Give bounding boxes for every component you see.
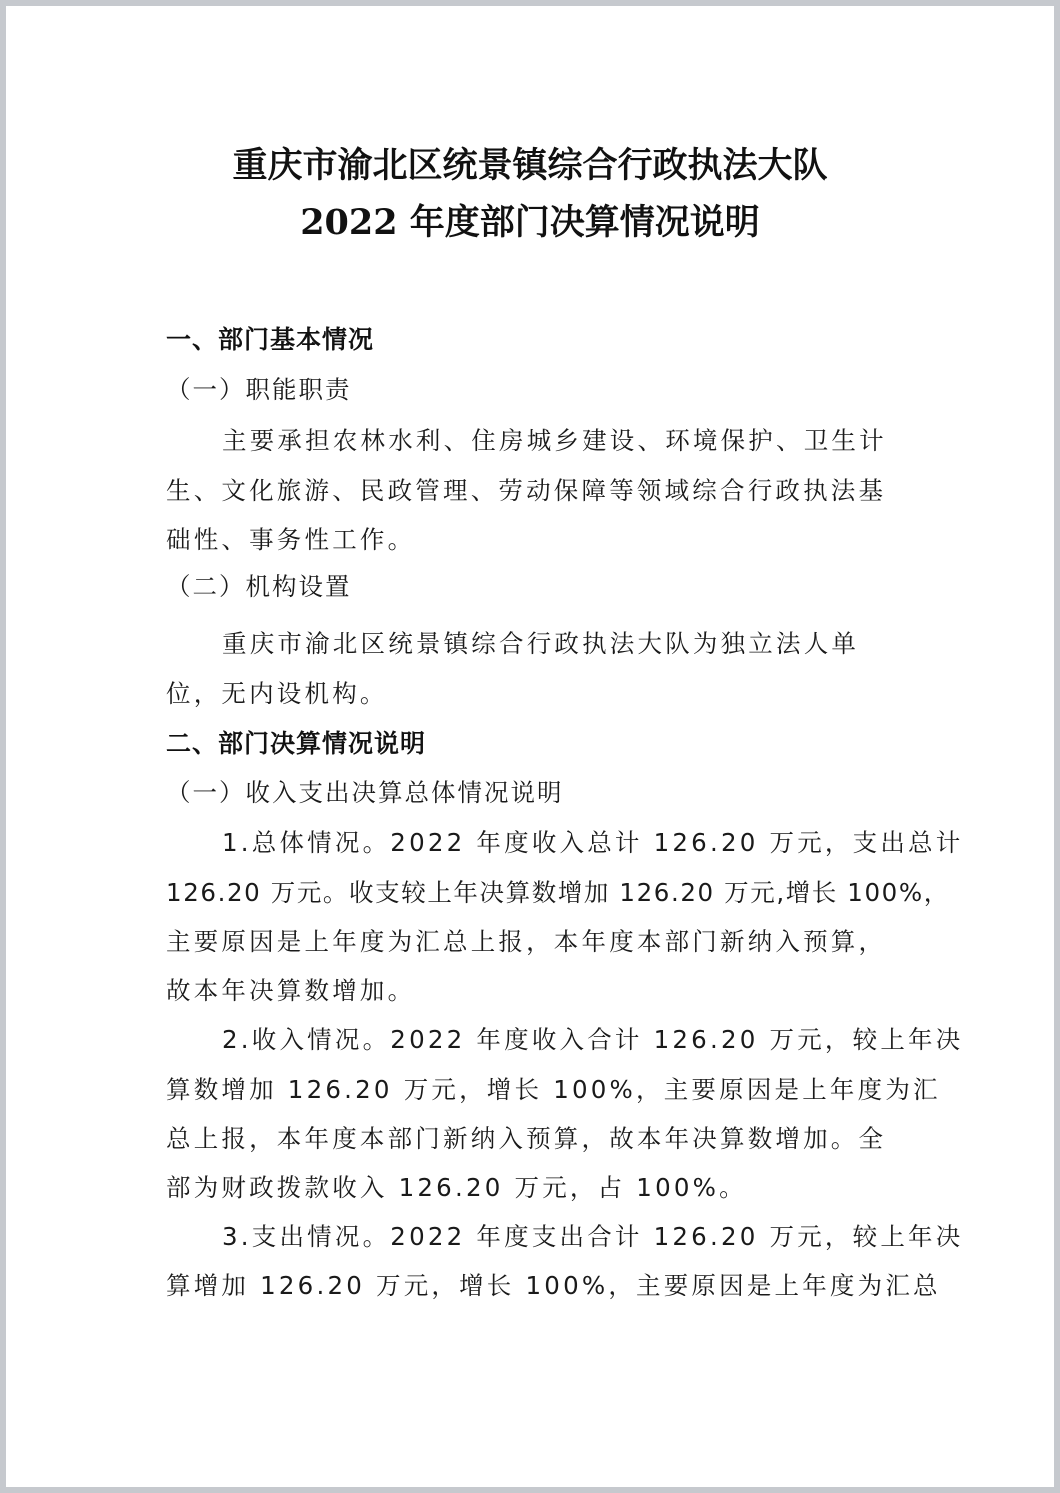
document-title-line-1: 重庆市渝北区统景镇综合行政执法大队 xyxy=(0,138,1060,188)
subsection-heading-1-1: （一）职能职责 xyxy=(166,371,896,406)
paragraph-line: 1.总体情况。2022 年度收入总计 126.20 万元，支出总计 xyxy=(222,824,952,859)
paragraph-line: 部为财政拨款收入 126.20 万元，占 100%。 xyxy=(166,1169,896,1204)
paragraph-line: 主要承担农林水利、住房城乡建设、环境保护、卫生计 xyxy=(222,422,952,457)
document-title-line-2: 2022 年度部门决算情况说明 xyxy=(0,195,1060,245)
subsection-heading-2-1: （一）收入支出决算总体情况说明 xyxy=(166,774,896,809)
paragraph-line: 3.支出情况。2022 年度支出合计 126.20 万元，较上年决 xyxy=(222,1218,952,1253)
paragraph-line: 位，无内设机构。 xyxy=(166,675,896,710)
paragraph-line: 故本年决算数增加。 xyxy=(166,972,896,1007)
paragraph-line: 础性、事务性工作。 xyxy=(166,521,896,556)
section-heading-1: 一、部门基本情况 xyxy=(166,320,896,356)
paragraph-line: 总上报，本年度本部门新纳入预算，故本年决算数增加。全 xyxy=(166,1120,896,1155)
paragraph-line: 算数增加 126.20 万元，增长 100%，主要原因是上年度为汇 xyxy=(166,1071,896,1106)
paragraph-line: 重庆市渝北区统景镇综合行政执法大队为独立法人单 xyxy=(222,625,952,660)
paragraph-line: 2.收入情况。2022 年度收入合计 126.20 万元，较上年决 xyxy=(222,1021,952,1056)
subsection-heading-1-2: （二）机构设置 xyxy=(166,568,896,603)
paragraph-line: 126.20 万元。收支较上年决算数增加 126.20 万元,增长 100%， xyxy=(166,874,896,909)
paragraph-line: 算增加 126.20 万元，增长 100%，主要原因是上年度为汇总 xyxy=(166,1267,896,1302)
paragraph-line: 生、文化旅游、民政管理、劳动保障等领域综合行政执法基 xyxy=(166,472,896,507)
section-heading-2: 二、部门决算情况说明 xyxy=(166,724,896,760)
paragraph-line: 主要原因是上年度为汇总上报，本年度本部门新纳入预算， xyxy=(166,923,896,958)
